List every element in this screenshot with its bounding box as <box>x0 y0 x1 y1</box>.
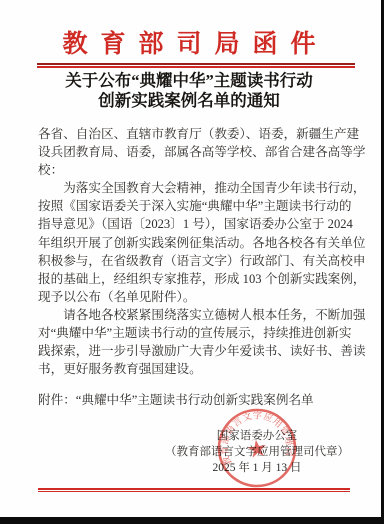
star-icon: ★ <box>245 436 270 465</box>
body-line: 年组织开展了创新实践案例征集活动。各地各校各有关单位 <box>38 234 358 252</box>
body-line: 设兵团教育局、语委，部属各高等学校、部省合建各高等学 <box>38 143 358 161</box>
header-rule-red-line <box>37 66 355 68</box>
body-line: 书，更好服务教育强国建设。 <box>38 360 358 378</box>
footer-red-rule <box>38 488 350 492</box>
scan-edge-bottom <box>0 517 384 524</box>
header-red-rule <box>37 63 355 68</box>
document-title-line2: 创新实践案例名单的通知 <box>0 91 378 111</box>
document-title-line1: 关于公布“典耀中华”主题读书行动 <box>0 71 378 91</box>
body-line: 践探索，进一步引导激励广大青少年爱读书、读好书、善读 <box>38 342 358 360</box>
document-page: 教育部司局函件 关于公布“典耀中华”主题读书行动 创新实践案例名单的通知 各省、… <box>0 0 384 524</box>
body-line: 校： <box>38 161 358 179</box>
attachment-line: 附件：“典耀中华”主题读书行动创新实践案例名单 <box>38 391 358 409</box>
agency-header-title: 教育部司局函件 <box>0 24 378 60</box>
body-line: 对“典耀中华”主题读书行动的宣传展示，持续推进创新实 <box>38 324 358 342</box>
body-line: 报的基础上，经组织专家推荐，形成 103 个创新实践案例， <box>38 270 358 288</box>
body-line: 请各地各校紧紧围绕落实立德树人根本任务，不断加强 <box>38 306 358 324</box>
body-text: 各省、自治区、直辖市教育厅（教委）、语委，新疆生产建 设兵团教育局、语委，部属各… <box>38 125 358 409</box>
footer-rule-bottom-line <box>38 491 350 493</box>
body-line: 各省、自治区、直辖市教育厅（教委）、语委，新疆生产建 <box>38 125 358 143</box>
body-line: 按照《国家语委关于深入实施“典耀中华”主题读书行动的 <box>38 197 358 215</box>
official-seal: 教育部语言文字应用管理司 ★ <box>203 394 311 502</box>
body-line: 积极参与，在省级教育（语言文字）行政部门、有关高校申 <box>38 252 358 270</box>
document-title: 关于公布“典耀中华”主题读书行动 创新实践案例名单的通知 <box>0 71 378 111</box>
body-line: 现予以公布（名单见附件）。 <box>38 288 358 306</box>
body-line: 指导意见》（国语〔2023〕1 号），国家语委办公室于 2024 <box>38 215 358 233</box>
body-line: 为落实全国教育大会精神，推动全国青少年读书行动， <box>38 179 358 197</box>
